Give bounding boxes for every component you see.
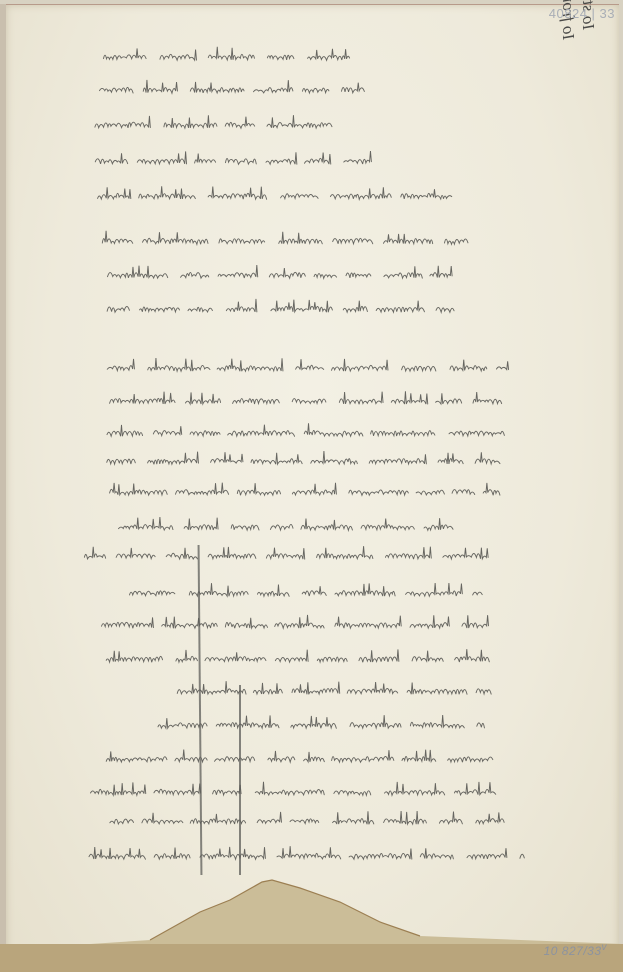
handwriting-line: [88, 389, 520, 407]
handwriting-line: [82, 229, 488, 247]
handwriting-line: [85, 356, 530, 374]
manuscript-sheet: [6, 4, 619, 965]
handwriting-line: [80, 613, 510, 631]
handwriting-line: [88, 263, 478, 281]
vertical-ink-stroke: [239, 685, 241, 875]
handwriting-line: [88, 480, 520, 498]
catalog-recto-verso: v: [602, 942, 608, 953]
catalog-number-text: 10 827/33: [544, 944, 602, 958]
catalog-number-bottom: 10 827/33v: [544, 942, 607, 958]
catalog-number-top: 40824 | 33: [549, 6, 615, 21]
handwriting-line: [85, 78, 375, 96]
handwriting-line: [82, 113, 340, 131]
handwriting-line: [85, 421, 525, 439]
handwriting-line: [88, 809, 525, 827]
handwriting-line: [62, 544, 510, 562]
handwriting-line: [68, 780, 518, 798]
handwriting-line: [100, 515, 470, 533]
handwriting-line: [140, 713, 500, 731]
handwriting-line: [85, 647, 510, 665]
handwriting-line: [85, 449, 520, 467]
handwriting-line: [80, 149, 385, 167]
handwriting-line: [78, 184, 470, 202]
handwriting-line: [110, 581, 500, 599]
handwriting-line: [88, 297, 470, 315]
handwriting-line: [160, 679, 505, 697]
torn-bottom-edge: [0, 852, 623, 972]
handwriting-line: [90, 45, 360, 63]
handwriting-line: [85, 747, 510, 765]
